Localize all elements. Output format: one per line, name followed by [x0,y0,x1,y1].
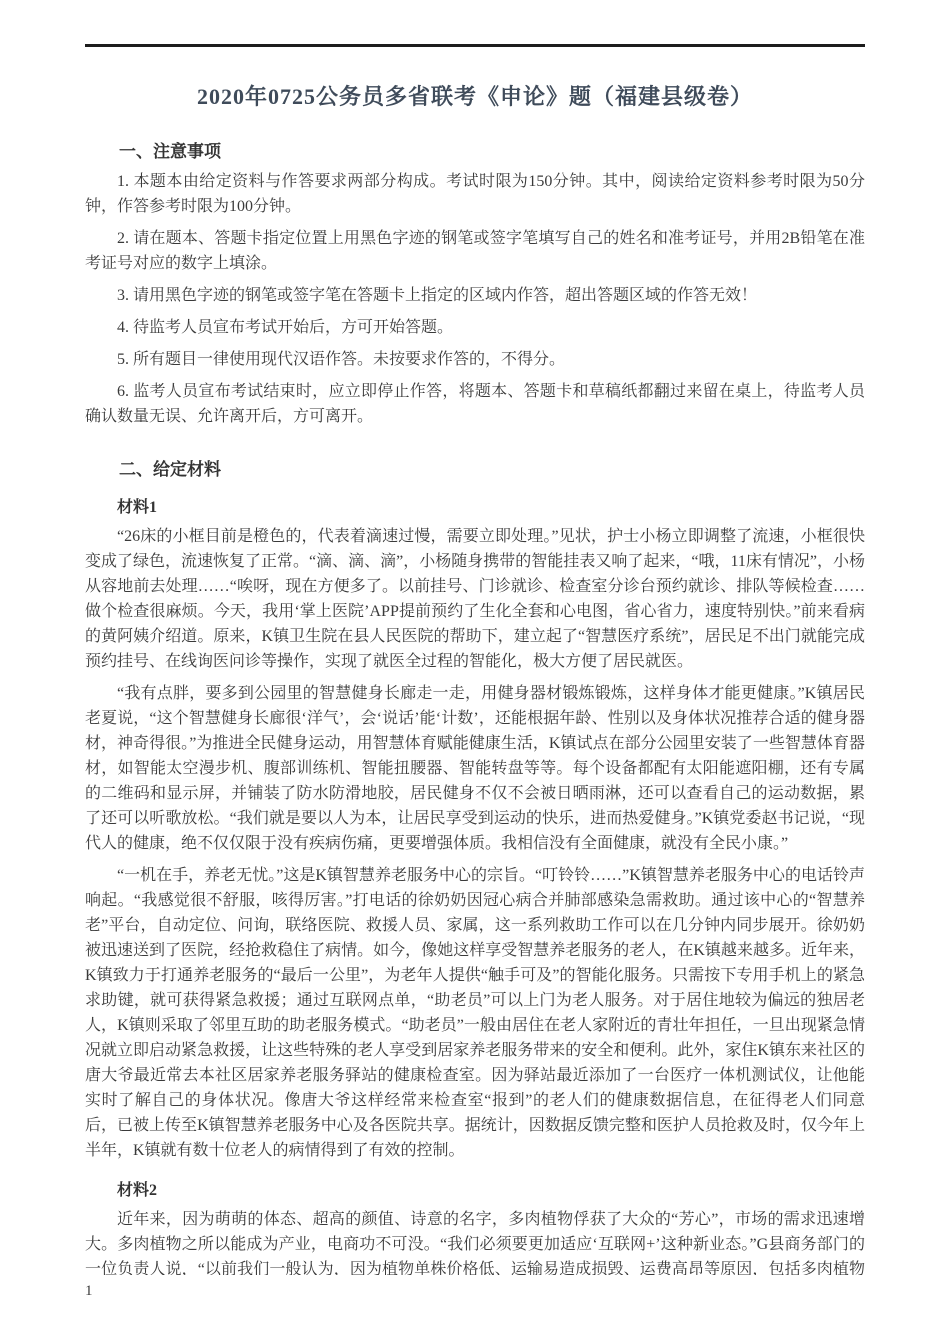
note-item-4: 4. 待监考人员宣布考试开始后，方可开始答题。 [85,315,865,340]
note-item-5: 5. 所有题目一律使用现代汉语作答。未按要求作答的，不得分。 [85,347,865,372]
note-item-6: 6. 监考人员宣布考试结束时，应立即停止作答，将题本、答题卡和草稿纸都翻过来留在… [85,379,865,429]
material-1-paragraph-3: “一机在手，养老无忧。”这是K镇智慧养老服务中心的宗旨。“叮铃铃……”K镇智慧养… [85,863,865,1163]
note-item-2: 2. 请在题本、答题卡指定位置上用黑色字迹的钢笔或签字笔填写自己的姓名和准考证号… [85,226,865,276]
note-item-1: 1. 本题本由给定资料与作答要求两部分构成。考试时限为150分钟。其中，阅读给定… [85,169,865,219]
page-content: 2020年0725公务员多省联考《申论》题（福建县级卷） 一、注意事项 1. 本… [85,47,865,1275]
note-item-3: 3. 请用黑色字迹的钢笔或签字笔在答题卡上指定的区域内作答，超出答题区域的作答无… [85,283,865,308]
exam-paper-page: 2020年0725公务员多省联考《申论》题（福建县级卷） 一、注意事项 1. 本… [0,0,950,1344]
section-heading-materials: 二、给定材料 [85,455,865,480]
material-1-label: 材料1 [85,494,865,517]
material-2-label: 材料2 [85,1177,865,1200]
material-1-paragraph-1: “26床的小框目前是橙色的，代表着滴速过慢，需要立即处理。”见状，护士小杨立即调… [85,524,865,674]
document-title: 2020年0725公务员多省联考《申论》题（福建县级卷） [85,80,865,111]
section-heading-notes: 一、注意事项 [85,137,865,162]
page-number: 1 [85,1283,93,1300]
material-2-paragraph-1: 近年来，因为萌萌的体态、超高的颜值、诗意的名字，多肉植物俘获了大众的“芳心”，市… [85,1207,865,1275]
material-1-paragraph-2: “我有点胖，要多到公园里的智慧健身长廊走一走，用健身器材锻炼锻炼，这样身体才能更… [85,681,865,856]
